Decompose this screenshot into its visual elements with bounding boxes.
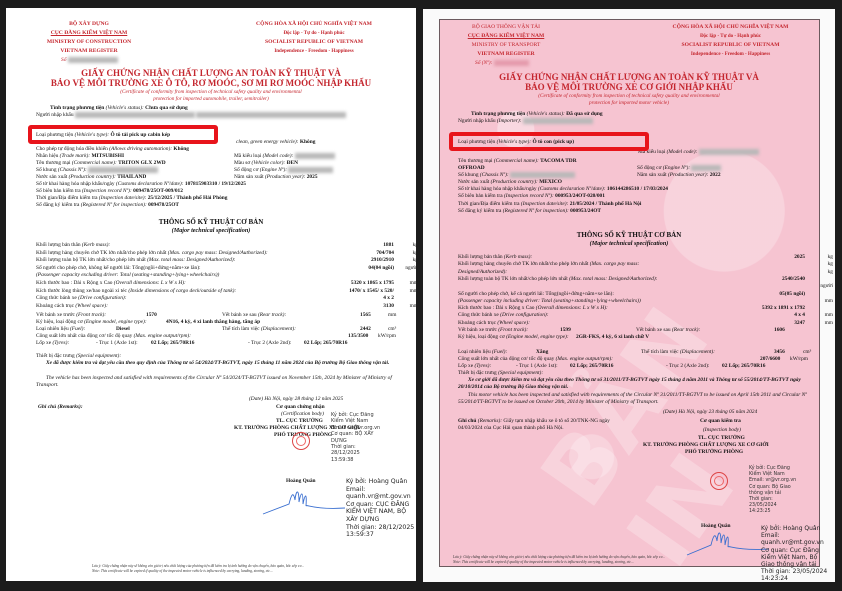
spec-label: Khoảng cách trục: [36, 303, 74, 309]
handwritten-signature-icon: [685, 529, 770, 559]
ministry-vi: BỘ XÂY DỰNG: [34, 20, 144, 29]
motto-en: Independence - Freedom - Happiness: [234, 47, 394, 56]
certificate-subtitle-line1: (Certificate of conformity from inspecti…: [6, 89, 416, 96]
compliance-vi: Xe đã được kiểm tra và đạt yêu cầu theo …: [36, 360, 396, 367]
spec-row: Designed/Authorized):kg: [458, 269, 833, 276]
spec-row: Công thức bánh xe (Drive configuration):…: [458, 312, 833, 319]
spec-label: Kích thước lòng thùng xe/bao ngoài xi té…: [36, 288, 127, 294]
spec-value: 5320 x 1865 x 1795: [351, 280, 394, 287]
certificate-title-line1: GIẤY CHỨNG NHẬN CHẤT LƯỢNG AN TOÀN KỸ TH…: [6, 68, 416, 78]
spec-value: 2910/2910: [371, 257, 394, 264]
motto-en: Independence - Freedom - Happiness: [648, 50, 813, 59]
motto-vi: Độc lập - Tự do - Hạnh phúc: [648, 32, 813, 41]
issue-date: (Date) Hà Nội, ngày 23 tháng 05 năm 2024: [663, 409, 757, 416]
spec-value: 04(04 ngồi): [368, 265, 394, 272]
spec-value: 4 x 4: [794, 312, 805, 319]
spec-label-en: (Overall dimensions: L x W x H):: [114, 280, 186, 286]
spec-row: Khối lượng bản thân (Kerb mass):1881kg: [36, 242, 416, 249]
sign-title-3: PHÓ TRƯỞNG PHÒNG: [685, 449, 743, 456]
registered-number: Số đăng ký kiểm tra (Registered Nº for i…: [458, 208, 601, 215]
ministry-en: MINISTRY OF CONSTRUCTION: [34, 38, 144, 47]
compliance-en: The vehicle has been inspected and satis…: [36, 375, 396, 390]
note-en: Note: This certificate will be expired i…: [453, 560, 634, 565]
spec-label: Khối lượng bản thân: [458, 254, 503, 260]
spec-value: 2025: [794, 254, 805, 261]
spec-row: Khoảng cách trục (Wheel space):3247mm: [458, 320, 833, 327]
spec-label: Số người cho phép chở, kể cả người lái: …: [458, 291, 614, 297]
spec-unit: kg: [413, 250, 416, 257]
spec-unit: mm: [825, 298, 833, 305]
doc-number: Số: [61, 57, 118, 65]
engine-model: Ký hiệu, loại động cơ (Engine model, eng…: [458, 334, 649, 341]
left-header-org: BỘ XÂY DỰNG CỤC ĐĂNG KIỂM VIỆT NAM MINIS…: [34, 20, 144, 56]
spec-unit: mm: [825, 320, 833, 327]
certificate-title-line1: GIẤY CHỨNG NHẬN CHẤT LƯỢNG AN TOÀN KỸ TH…: [423, 72, 835, 82]
spec-label-en: Designed/Authorized):: [458, 269, 507, 275]
spec-title: THÔNG SỐ KỸ THUẬT CƠ BẢN: [6, 218, 416, 227]
spec-label-en: (Max. total mass: Designed/Authorized):: [147, 257, 235, 263]
right-certificate: BẢN IN BỘ GIAO THÔNG VẬN TẢI CỤC ĐĂNG KI…: [423, 9, 835, 582]
spec-value: 3247: [794, 320, 805, 327]
spec-row: (Passenger capacity excluding driver: To…: [36, 272, 416, 279]
spec-subtitle: (Major technical specification): [423, 240, 835, 248]
spec-unit: người: [405, 265, 416, 272]
spec-label: Khối lượng toàn bộ TK lớn nhất/cho phép …: [458, 276, 568, 282]
spec-label: Kích thước bao : Dài x Rộng x Cao: [458, 305, 534, 311]
spec-row: Khối lượng toàn bộ TK lớn nhất/cho phép …: [458, 276, 833, 283]
spec-label: Khối lượng bản thân: [36, 242, 81, 248]
spec-unit: kg: [413, 257, 416, 264]
agency-en: VIETNAM REGISTER: [447, 50, 565, 59]
spec-label-en: (Inside dimensions of cargo deck/outside…: [128, 288, 236, 294]
country-vi: CỘNG HÒA XÃ HỘI CHỦ NGHĨA VIỆT NAM: [234, 20, 394, 29]
spec-row: Khối lượng hàng chuyên chở TK lớn nhất/c…: [458, 261, 833, 268]
spec-label-en: (Kerb mass):: [82, 242, 110, 248]
vehicle-type-highlight-box: [449, 132, 649, 151]
registered-number: Số đăng ký kiểm tra (Registered Nº for i…: [36, 202, 179, 209]
spec-unit: kg: [828, 261, 833, 268]
certificate-title-line2: BẢO VỆ MÔI TRƯỜNG XE Ô TÔ, RƠ MOÓC, SƠ M…: [6, 78, 416, 88]
green-energy: clean, green energy vehicle): Không: [236, 139, 315, 146]
issue-date: (Date) Hà Nội, ngày 28 tháng 12 năm 2025: [249, 396, 343, 403]
spec-label: Khối lượng toàn bộ TK lớn nhất/cho phép …: [36, 257, 146, 263]
spec-unit: mm: [410, 303, 416, 310]
vehicle-type-highlight-box: [28, 125, 218, 144]
digital-signature-person: Ký bởi: Hoàng Quân Email: quanh.vr@mt.go…: [346, 478, 414, 539]
importer: Người nhập khẩu (Importer):: [458, 118, 593, 126]
spec-row: Khối lượng hàng chuyên chở TK lớn nhất/c…: [36, 250, 416, 257]
digital-signature-org: Ký bởi: Cục Đăng Kiểm Việt Nam Email: vr…: [749, 466, 796, 516]
inspection-record: Số biên bản kiểm tra (Inspection record …: [458, 193, 605, 200]
spec-label: Số người cho phép chở, không kể người lá…: [36, 265, 201, 271]
country-en: SOCIALIST REPUBLIC OF VIETNAM: [234, 38, 394, 47]
inspection-body: Cơ quan kiểm tra: [700, 418, 741, 425]
spec-row: Kích thước bao : Dài x Rộng x Cao (Overa…: [36, 280, 416, 287]
motto-vi: Độc lập - Tự do - Hạnh phúc: [234, 29, 394, 38]
country-vi: CỘNG HÒA XÃ HỘI CHỦ NGHĨA VIỆT NAM: [648, 23, 813, 32]
spec-value: 4 x 2: [383, 295, 394, 302]
doc-number: Số (Nº):: [475, 60, 529, 68]
spec-unit: kg: [828, 254, 833, 261]
left-header-country: CỘNG HÒA XÃ HỘI CHỦ NGHĨA VIỆT NAM Độc l…: [234, 20, 394, 56]
certificate-subtitle-line1: (Certificate of conformity from inspecti…: [423, 93, 835, 100]
compliance-en: This motor vehicle has been inspected an…: [458, 392, 808, 407]
spec-label-en: (Wheel space):: [497, 320, 529, 326]
spec-label-en: (Max. total mass: Designed/Authorized):: [569, 276, 657, 282]
spec-label: Công thức bánh xe: [36, 295, 77, 301]
certificate-subtitle-line2: protection for imported motor vehicle): [423, 100, 835, 107]
spec-label-en: (Drive configuration):: [500, 312, 548, 318]
spec-subtitle: (Major technical specification): [6, 227, 416, 235]
spec-row: Khoảng cách trục (Wheel space):3130mm: [36, 303, 416, 310]
signer-name: Hoàng Quân: [286, 478, 316, 485]
digital-signature-org: Ký bởi: Cục Đăng Kiểm Việt Nam Email: vr…: [331, 412, 380, 463]
spec-value: 5392 x 1891 x 1792: [762, 305, 805, 312]
spec-value: 2540/2540: [782, 276, 805, 283]
spec-row: Công thức bánh xe (Drive configuration):…: [36, 295, 416, 302]
spec-label: Khối lượng hàng chuyên chở TK lớn nhất/c…: [458, 261, 588, 267]
spec-label-en: (Max. cargo pay mass: Designed/Authorize…: [168, 250, 268, 256]
ministry-vi: BỘ GIAO THÔNG VẬN TẢI: [447, 23, 565, 32]
tyres-row: Lốp xe (Tyres): - Trục 1 (Axle 1st): 02 …: [36, 340, 406, 347]
spec-unit: mm: [410, 280, 416, 287]
right-header-country: CỘNG HÒA XÃ HỘI CHỦ NGHĨA VIỆT NAM Độc l…: [648, 23, 813, 59]
remarks: Ghi chú (Remarks): Giấy tạm nhập khẩu xe…: [458, 418, 628, 433]
spec-title: THÔNG SỐ KỸ THUẬT CƠ BẢN: [423, 231, 835, 240]
importer: Người nhập khẩu: [36, 112, 346, 120]
official-stamp-icon: [710, 472, 728, 490]
left-certificate: BỘ XÂY DỰNG CỤC ĐĂNG KIỂM VIỆT NAM MINIS…: [6, 8, 416, 581]
production-year: Năm sản xuất (Production year): 2025: [234, 174, 318, 181]
handwritten-signature-icon: [261, 486, 346, 518]
certificate-title-line2: BẢO VỆ MÔI TRƯỜNG XE CƠ GIỚI NHẬP KHẨU: [423, 82, 835, 92]
spec-label-en: (Overall dimensions: L x W x H):: [536, 305, 608, 311]
spec-label: Kích thước bao : Dài x Rộng x Cao: [36, 280, 112, 286]
spec-label-en: (Max. cargo pay mass:: [590, 261, 640, 267]
model-code: Mã kiểu loại (Model code):: [638, 149, 759, 157]
spec-unit: kg: [828, 269, 833, 276]
spec-value: 3130: [383, 303, 394, 310]
remarks-label: Ghi chú (Remarks):: [38, 404, 83, 411]
official-stamp-icon: [292, 432, 310, 450]
spec-row: Khối lượng toàn bộ TK lớn nhất/cho phép …: [36, 257, 416, 264]
spec-unit: mm: [825, 312, 833, 319]
agency-en: VIETNAM REGISTER: [34, 47, 144, 56]
spec-label-en: (Passenger capacity including driver: To…: [458, 298, 641, 304]
spec-label-en: (Wheel space):: [75, 303, 107, 309]
compliance-vi: Xe cơ giới đã được kiểm tra và đạt yêu c…: [458, 377, 808, 392]
production-year: Năm sản xuất (Production year): 2022: [637, 172, 721, 179]
ministry-en: MINISTRY OF TRANSPORT: [447, 41, 565, 50]
spec-unit: kg: [413, 242, 416, 249]
agency-vi: CỤC ĐĂNG KIỂM VIỆT NAM: [447, 32, 565, 41]
country-en: SOCIALIST REPUBLIC OF VIETNAM: [648, 41, 813, 50]
certificate-subtitle-line2: protection for imported automobile, trai…: [6, 96, 416, 103]
inspection-body-en: (Inspection body): [703, 427, 741, 434]
spec-label: Khối lượng hàng chuyên chở TK lớn nhất/c…: [36, 250, 166, 256]
spec-label-en: (Drive configuration):: [78, 295, 126, 301]
agency-vi: CỤC ĐĂNG KIỂM VIỆT NAM: [34, 29, 144, 38]
note-en: Note: This certificate will be expired i…: [92, 569, 273, 574]
spec-unit: mm: [410, 288, 416, 295]
spec-value: 1470/ x 1545/ x 520/: [349, 288, 394, 295]
spec-row: Số người cho phép chở, kể cả người lái: …: [458, 291, 833, 298]
spec-label-en: (Passenger capacity excluding driver: To…: [36, 272, 219, 278]
spec-label: Khoảng cách trục: [458, 320, 496, 326]
spec-value: 1881: [383, 242, 394, 249]
spec-unit: người: [820, 283, 833, 290]
spec-value: 05(05 ngồi): [779, 291, 805, 298]
right-header-org: BỘ GIAO THÔNG VẬN TẢI CỤC ĐĂNG KIỂM VIỆT…: [447, 23, 565, 59]
digital-signature-person: Ký bởi: Hoàng Quân Email: quanh.vr@mt.go…: [761, 525, 827, 582]
spec-row: Kích thước lòng thùng xe/bao ngoài xi té…: [36, 288, 416, 295]
spec-label-en: (Kerb mass):: [504, 254, 532, 260]
spec-label: Công thức bánh xe: [458, 312, 499, 318]
spec-value: 704/704: [376, 250, 394, 257]
